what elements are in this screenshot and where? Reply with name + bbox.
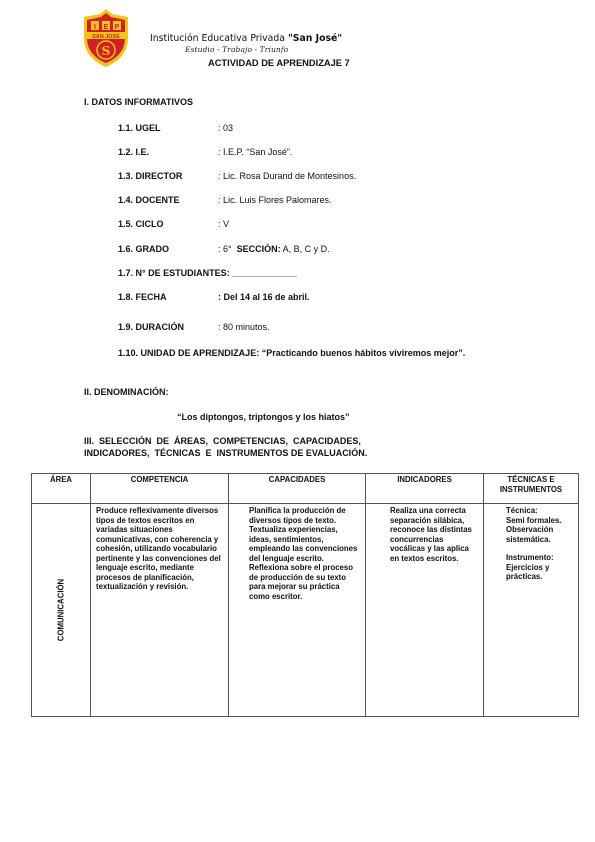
info-value: : 80 minutos. — [218, 322, 270, 332]
info-value: : 03 — [218, 123, 233, 133]
spacer — [506, 544, 575, 553]
institution-school-name: "San José" — [288, 33, 342, 44]
table-row: COMUNICACIÓN Produce reflexivamente dive… — [32, 504, 579, 717]
info-value: : V — [218, 219, 229, 229]
evaluation-table: ÁREA COMPETENCIA CAPACIDADES INDICADORES… — [31, 473, 579, 717]
info-label: 1.5. CICLO — [118, 219, 164, 229]
section-heading-denominacion: II. DENOMINACIÓN: — [84, 387, 169, 397]
institution-name: Institución Educativa Privada "San José" — [150, 33, 342, 44]
capacidad-item: Textualiza experiencias, ideas, sentimie… — [249, 525, 359, 563]
cell-indicadores: Realiza una correcta separación silábica… — [366, 504, 484, 717]
instrumento-item: Ejercicios y prácticas. — [506, 563, 575, 582]
section3-heading-line1: III. SELECCIÓN DE ÁREAS, COMPETENCIAS, C… — [84, 436, 367, 448]
cell-capacidades: Planifica la producción de diversos tipo… — [229, 504, 366, 717]
svg-text:S: S — [102, 44, 111, 58]
info-value: : Lic. Luis Flores Palomares. — [218, 195, 332, 205]
header-tecnicas: TÉCNICAS E INSTRUMENTOS — [484, 474, 579, 504]
document-title: ACTIVIDAD DE APRENDIZAJE 7 — [208, 58, 350, 68]
section-heading-datos: I. DATOS INFORMATIVOS — [84, 97, 193, 107]
capacidad-item: Reflexiona sobre el proceso de producció… — [249, 563, 359, 601]
info-value: : I.E.P. “San José”. — [218, 147, 292, 157]
info-value: : Lic. Rosa Durand de Montesinos. — [218, 171, 356, 181]
cell-tecnicas: Técnica: Semi formales. Observación sist… — [484, 504, 579, 717]
school-motto: Estudio - Trabajo - Triunfo — [185, 45, 288, 54]
header-area: ÁREA — [32, 474, 91, 504]
section-heading-seleccion: III. SELECCIÓN DE ÁREAS, COMPETENCIAS, C… — [84, 436, 367, 459]
cell-area: COMUNICACIÓN — [32, 504, 91, 717]
seccion-label: SECCIÓN: — [237, 244, 281, 254]
cell-competencia: Produce reflexivamente diversos tipos de… — [91, 504, 229, 717]
svg-text:E: E — [104, 24, 109, 31]
header-competencia: COMPETENCIA — [91, 474, 229, 504]
info-label: 1.8. FECHA — [118, 292, 167, 302]
info-value: : 6° SECCIÓN: A, B, C y D. — [218, 244, 330, 254]
indicadores-text: Realiza una correcta separación silábica… — [366, 504, 483, 563]
grado-value: : 6° — [218, 244, 237, 254]
institution-prefix: Institución Educativa Privada — [150, 33, 288, 44]
tecnica-label: Técnica: — [506, 506, 575, 516]
info-label: 1.7. N° DE ESTUDIANTES: _____________ — [118, 268, 297, 278]
instrumento-label: Instrumento: — [506, 553, 575, 563]
school-crest-icon: I E P SAN JOSE S — [82, 8, 130, 68]
section3-heading-line2: INDICADORES, TÉCNICAS E INSTRUMENTOS DE … — [84, 448, 367, 460]
table-header-row: ÁREA COMPETENCIA CAPACIDADES INDICADORES… — [32, 474, 579, 504]
unidad-aprendizaje: 1.10. UNIDAD DE APRENDIZAJE: “Practicand… — [118, 348, 488, 360]
denominacion-topic: “Los diptongos, triptongos y los hiatos” — [177, 412, 350, 422]
tecnicas-list: Técnica: Semi formales. Observación sist… — [484, 504, 578, 582]
svg-text:P: P — [115, 24, 120, 31]
tecnica-item: Semi formales. — [506, 516, 575, 526]
svg-text:I: I — [94, 24, 96, 31]
info-label: 1.2. I.E. — [118, 147, 149, 157]
seccion-value: A, B, C y D. — [281, 244, 330, 254]
info-label: 1.6. GRADO — [118, 244, 169, 254]
svg-text:SAN JOSE: SAN JOSE — [92, 34, 120, 40]
header-capacidades: CAPACIDADES — [229, 474, 366, 504]
info-label: 1.9. DURACIÓN — [118, 322, 184, 332]
header-indicadores: INDICADORES — [366, 474, 484, 504]
info-label: 1.4. DOCENTE — [118, 195, 180, 205]
area-label: COMUNICACIÓN — [56, 579, 66, 641]
capacidad-item: Planifica la producción de diversos tipo… — [249, 506, 359, 525]
info-label: 1.1. UGEL — [118, 123, 161, 133]
tecnica-item: Observación sistemática. — [506, 525, 575, 544]
competencia-text: Produce reflexivamente diversos tipos de… — [91, 504, 228, 592]
info-label: 1.3. DIRECTOR — [118, 171, 182, 181]
info-value: : Del 14 al 16 de abril. — [218, 292, 310, 302]
capacidades-list: Planifica la producción de diversos tipo… — [229, 504, 365, 601]
